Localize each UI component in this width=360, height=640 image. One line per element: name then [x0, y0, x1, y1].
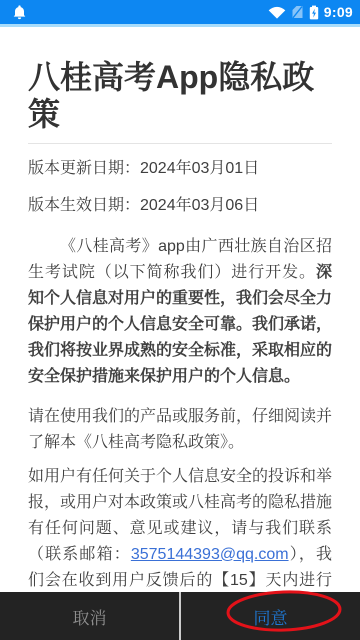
- app-screen: 9:09 八桂高考App隐私政策 版本更新日期：2024年03月01日 版本生效…: [0, 0, 360, 640]
- version-updated-date: 版本更新日期：2024年03月01日: [28, 159, 332, 179]
- paragraph-intro-text: 《八桂高考》app由广西壮族自治区招生考试院（以下简称我们）进行开发。: [28, 238, 332, 281]
- paragraph-read-notice: 请在使用我们的产品或服务前，仔细阅读并了解本《八桂高考隐私政策》。: [28, 404, 332, 456]
- agree-button[interactable]: 同意: [181, 592, 360, 640]
- battery-charging-icon: [309, 5, 319, 20]
- status-time: 9:09: [324, 0, 353, 24]
- paragraph-intro-emphasis: 深知个人信息对用户的重要性，我们会尽全力保护用户的个人信息安全可靠。我们承诺，我…: [28, 264, 332, 385]
- title-divider: [28, 143, 332, 144]
- status-bar: 9:09: [0, 0, 360, 24]
- privacy-policy-document: 八桂高考App隐私政策 版本更新日期：2024年03月01日 版本生效日期：20…: [0, 59, 360, 620]
- wifi-icon: [268, 5, 286, 19]
- no-sim-icon: [291, 5, 304, 19]
- statusbar-accent-strip: [0, 24, 360, 27]
- bell-icon: [13, 5, 26, 20]
- page-title: 八桂高考App隐私政策: [28, 59, 332, 133]
- paragraph-intro: 《八桂高考》app由广西壮族自治区招生考试院（以下简称我们）进行开发。深知个人信…: [28, 234, 332, 390]
- version-effective-date: 版本生效日期：2024年03月06日: [28, 196, 332, 216]
- dialog-action-bar: 取消 同意: [0, 592, 360, 640]
- contact-email-link[interactable]: 3575144393@qq.com: [131, 546, 289, 563]
- cancel-button[interactable]: 取消: [0, 592, 179, 640]
